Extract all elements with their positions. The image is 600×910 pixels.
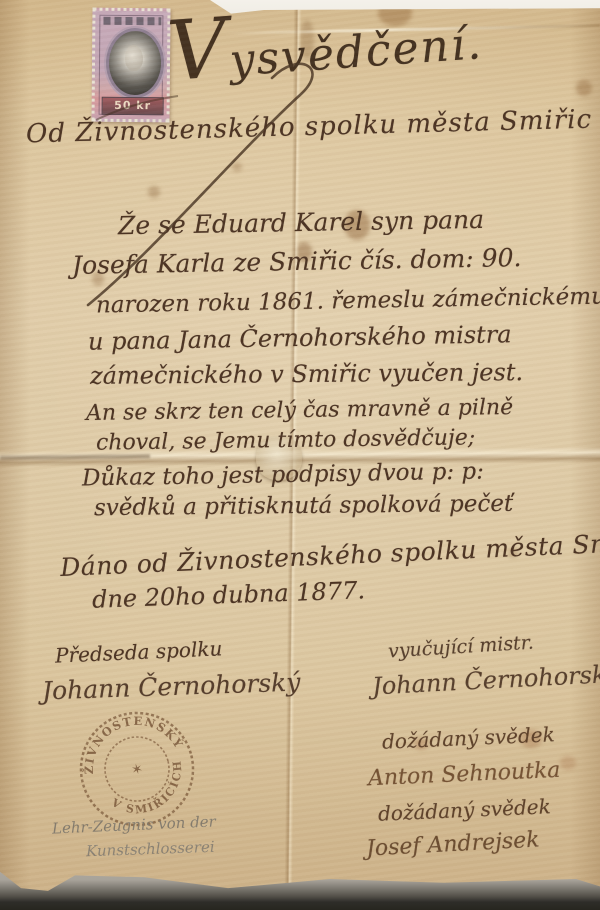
body-line: Josefa Karla ze Smiřic čís. dom: 90. (72, 243, 522, 280)
stamp-value: 50 kr (102, 97, 164, 116)
conduct-line: choval, se Jemu tímto dosvědčuje; (96, 425, 475, 455)
witness1-signature: Anton Sehnoutka (368, 758, 561, 791)
certificate-paper: 50 kr Vysvědčení. Od Živnostenského spol… (0, 0, 600, 910)
body-line: u pana Jana Černohorského mistra (88, 320, 512, 355)
stain (560, 756, 576, 770)
proof-line: svědků a přitisknutá spolková pečeť (94, 491, 513, 521)
chairman-role: Předseda spolku (55, 636, 223, 667)
portrait-face-highlight (125, 45, 143, 71)
body-line: zámečnického v Smiřic vyučen jest. (90, 358, 523, 390)
certificate-title: Vysvědčení. (166, 11, 484, 91)
seal-ornament: ✶ (130, 761, 145, 779)
witness2-signature: Josef Andrejsek (365, 827, 540, 861)
body-line: Že se Eduard Karel syn pana (118, 205, 484, 240)
pencil-note-line2: Kunstschlosserei (86, 838, 215, 860)
body-line: narozen roku 1861. řemeslu zámečnickému (96, 284, 600, 319)
master-signature: Johann Černohorský (371, 660, 600, 701)
stain (148, 186, 160, 198)
stain (576, 80, 592, 96)
pencil-note-line1: Lehr-Zeugnis von der (52, 812, 216, 837)
witness1-role: dožádaný svědek (382, 722, 556, 754)
witness2-role: dožádaný svědek (378, 794, 552, 826)
revenue-stamp: 50 kr (92, 8, 171, 123)
stamp-ornament-band (103, 17, 161, 26)
issued-date-line: dne 20ho dubna 1877. (92, 576, 366, 614)
issued-line: Dáno od Živnostenského spolku města Smiř… (60, 527, 600, 582)
stain (232, 162, 242, 172)
conduct-line: An se skrz ten celý čas mravně a pilně (86, 395, 513, 426)
master-role: vyučující mistr. (387, 632, 534, 663)
